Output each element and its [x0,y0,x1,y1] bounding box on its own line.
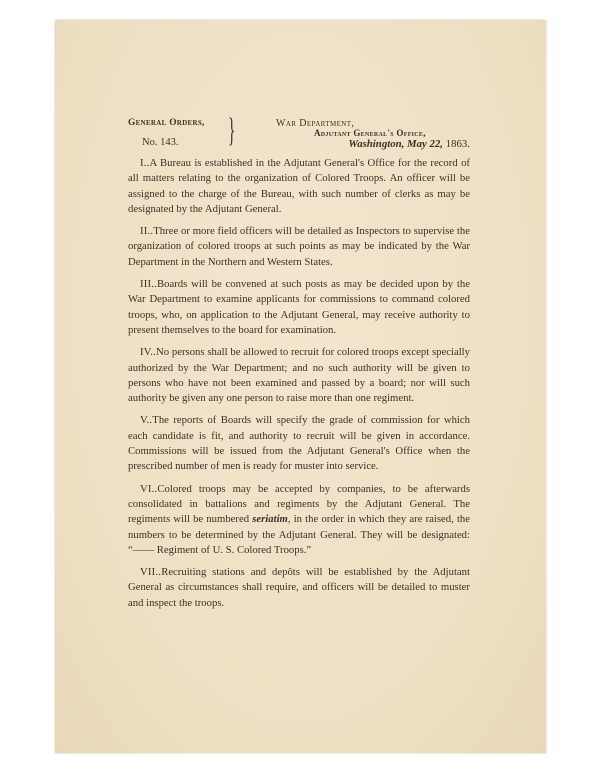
paragraph-6: VI..Colored troops may be accepted by co… [128,482,470,558]
order-header: General Orders, No. 143. } War Departmen… [128,118,470,156]
paragraph-numeral: III.. [140,278,157,290]
paragraph-numeral: VI.. [140,483,157,495]
order-label: General Orders, [128,118,205,128]
paragraph-7: VII..Recruiting stations and depôts will… [128,565,470,611]
paragraph-3: III..Boards will be convened at such pos… [128,277,470,338]
paragraph-4: IV..No persons shall be allowed to recru… [128,345,470,406]
paragraph-text: Boards will be convened at such posts as… [128,278,470,336]
general-orders-text: General Orders, No. 143. } War Departmen… [128,118,470,618]
paragraph-numeral: I.. [140,157,150,169]
brace-icon: } [228,114,235,148]
paragraph-numeral: VII.. [140,566,161,578]
paragraph-text: No persons shall be allowed to recruit f… [128,346,470,404]
order-number: No. 143. [142,137,178,148]
place-date: Washington, May 22, 1863. [348,138,470,150]
paragraph-5: V..The reports of Boards will specify th… [128,413,470,474]
paragraph-2: II..Three or more field officers will be… [128,224,470,270]
paragraph-1: I..A Bureau is established in the Adjuta… [128,156,470,217]
paragraph-numeral: IV.. [140,346,156,358]
place-date-text: Washington, May 22, [348,138,443,150]
year: 1863. [446,138,470,150]
paragraph-numeral: II.. [140,225,153,237]
paragraph-numeral: V.. [140,414,152,426]
paragraph-text: Recruiting stations and depôts will be e… [128,566,470,609]
office-name: Adjutant General's Office, [314,128,426,138]
emphasis-seriatim: seriatim [252,513,288,525]
paragraph-text: A Bureau is established in the Adjutant … [128,157,470,215]
paragraph-text: The reports of Boards will specify the g… [128,414,470,472]
paragraph-text: Three or more field officers will be det… [128,225,470,268]
